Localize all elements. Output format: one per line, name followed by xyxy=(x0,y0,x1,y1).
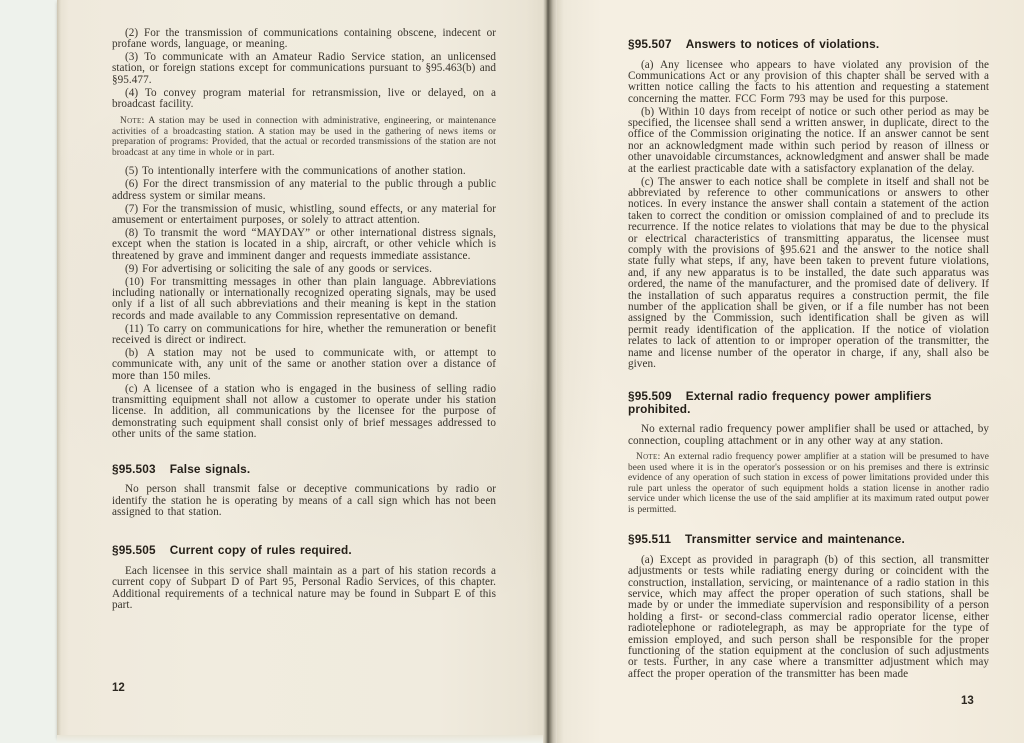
section-number: §95.511 xyxy=(628,532,671,546)
section-number: §95.507 xyxy=(628,37,672,51)
section-title: Transmitter service and maintenance. xyxy=(685,532,905,546)
regulation-paragraph: No external radio frequency power amplif… xyxy=(628,424,989,447)
regulation-paragraph: (b) Within 10 days from receipt of notic… xyxy=(628,107,989,175)
regulation-paragraph: (3) To communicate with an Amateur Radio… xyxy=(112,52,496,86)
page-number-left: 12 xyxy=(112,682,125,694)
regulation-paragraph: (c) The answer to each notice shall be c… xyxy=(628,177,989,371)
section-heading-95-509: §95.509External radio frequency power am… xyxy=(628,390,989,415)
regulation-paragraph: (a) Except as provided in paragraph (b) … xyxy=(628,555,989,680)
right-page-text-column: §95.507Answers to notices of violations.… xyxy=(628,0,989,682)
regulation-paragraph: (5) To intentionally interfere with the … xyxy=(112,166,496,177)
section-heading-95-511: §95.511Transmitter service and maintenan… xyxy=(628,533,989,546)
book-gutter xyxy=(543,0,557,743)
section-title: External radio frequency power amplifier… xyxy=(628,389,932,416)
section-title: False signals. xyxy=(170,462,251,476)
left-page: (2) For the transmission of communicatio… xyxy=(57,0,545,737)
regulation-paragraph: No person shall transmit false or decept… xyxy=(112,484,496,518)
note-label: Note: xyxy=(636,452,660,462)
regulation-paragraph: (c) A licensee of a station who is engag… xyxy=(112,384,496,441)
scanned-book-spread: (2) For the transmission of communicatio… xyxy=(0,0,1024,743)
section-heading-95-507: §95.507Answers to notices of violations. xyxy=(628,38,989,51)
footnote-note: Note: An external radio frequency power … xyxy=(628,452,989,515)
section-title: Answers to notices of violations. xyxy=(686,37,880,51)
regulation-paragraph: (b) A station may not be used to communi… xyxy=(112,348,496,382)
regulation-paragraph: (6) For the direct transmission of any m… xyxy=(112,179,496,202)
regulation-paragraph: (7) For the transmission of music, whist… xyxy=(112,204,496,227)
note-text: A station may be used in connection with… xyxy=(112,116,496,158)
footnote-note: Note: A station may be used in connectio… xyxy=(112,116,496,158)
page-edge-crease xyxy=(57,0,61,737)
section-title: Current copy of rules required. xyxy=(170,543,352,557)
regulation-paragraph: (2) For the transmission of communicatio… xyxy=(112,28,496,51)
section-heading-95-505: §95.505Current copy of rules required. xyxy=(112,544,496,557)
regulation-paragraph: (4) To convey program material for retra… xyxy=(112,88,496,111)
page-bottom-edge xyxy=(57,735,543,743)
regulation-paragraph: Each licensee in this service shall main… xyxy=(112,566,496,612)
note-label: Note: xyxy=(120,116,144,126)
left-page-text-column: (2) For the transmission of communicatio… xyxy=(112,0,496,613)
regulation-paragraph: (8) To transmit the word “MAYDAY” or oth… xyxy=(112,228,496,262)
section-heading-95-503: §95.503False signals. xyxy=(112,463,496,476)
regulation-paragraph: (11) To carry on communications for hire… xyxy=(112,324,496,347)
section-number: §95.503 xyxy=(112,462,156,476)
regulation-paragraph: (9) For advertising or soliciting the sa… xyxy=(112,264,496,275)
note-text: An external radio frequency power amplif… xyxy=(628,452,989,515)
page-number-right: 13 xyxy=(961,695,974,707)
right-page: §95.507Answers to notices of violations.… xyxy=(557,0,1024,743)
regulation-paragraph: (a) Any licensee who appears to have vio… xyxy=(628,60,989,106)
regulation-paragraph: (10) For transmitting messages in other … xyxy=(112,277,496,323)
section-number: §95.505 xyxy=(112,543,156,557)
